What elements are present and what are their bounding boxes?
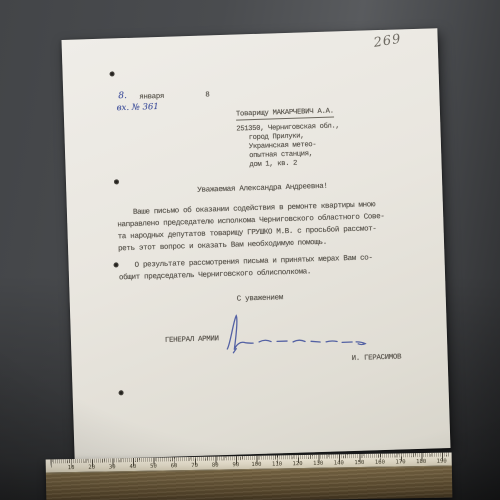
ruler-number: 60 xyxy=(164,463,185,469)
typed-year-digit: 8 xyxy=(205,91,210,99)
handwritten-ref-number: вх. № 361 xyxy=(117,102,159,113)
ruler-number: 80 xyxy=(205,462,226,468)
signer-rank: ГЕНЕРАЛ АРМИИ xyxy=(165,335,219,345)
ruler-number: 100 xyxy=(246,462,267,468)
ruler-number: 70 xyxy=(184,463,205,469)
ruler-number: 190 xyxy=(431,458,452,464)
salutation: Уважаемая Александра Андреевна! xyxy=(197,183,328,195)
ruler-number: 40 xyxy=(123,464,144,470)
handwritten-day: 8. xyxy=(118,91,127,101)
ruler-number: 30 xyxy=(102,464,123,470)
ruler-number: 130 xyxy=(308,461,329,467)
recipient-line: Товарищу МАКАРЧЕВИЧ А.А. xyxy=(236,107,334,120)
ruler-number: 160 xyxy=(370,460,391,466)
punch-hole xyxy=(114,179,119,184)
photo-of-letter: 269 8. января 8 вх. № 361 Товарищу МАКАР… xyxy=(0,0,500,500)
punch-hole xyxy=(110,71,115,76)
ruler-number: 170 xyxy=(390,459,411,465)
ruler-number: 150 xyxy=(349,460,370,466)
letter-paper: 269 8. января 8 вх. № 361 Товарищу МАКАР… xyxy=(61,28,450,460)
ruler-number: 20 xyxy=(81,465,102,471)
wooden-ruler: 1020304050607080901001101201301401501601… xyxy=(46,452,453,500)
ruler-number: 120 xyxy=(287,461,308,467)
signer-name: И. ГЕРАСИМОВ xyxy=(352,353,402,363)
typed-month: января xyxy=(139,93,164,102)
archival-page-number: 269 xyxy=(373,32,403,51)
address-line: дом 1, кв. 2 xyxy=(249,160,297,171)
ruler-number: 10 xyxy=(61,465,82,471)
closing-phrase: С уважением xyxy=(237,294,284,303)
ruler-number: 180 xyxy=(411,459,432,465)
punch-hole xyxy=(119,390,124,395)
signature-ink xyxy=(218,306,371,357)
ruler-number: 110 xyxy=(267,461,288,467)
ruler-number: 90 xyxy=(225,462,246,468)
ruler-number: 50 xyxy=(143,463,164,469)
ruler-number: 140 xyxy=(328,460,349,466)
